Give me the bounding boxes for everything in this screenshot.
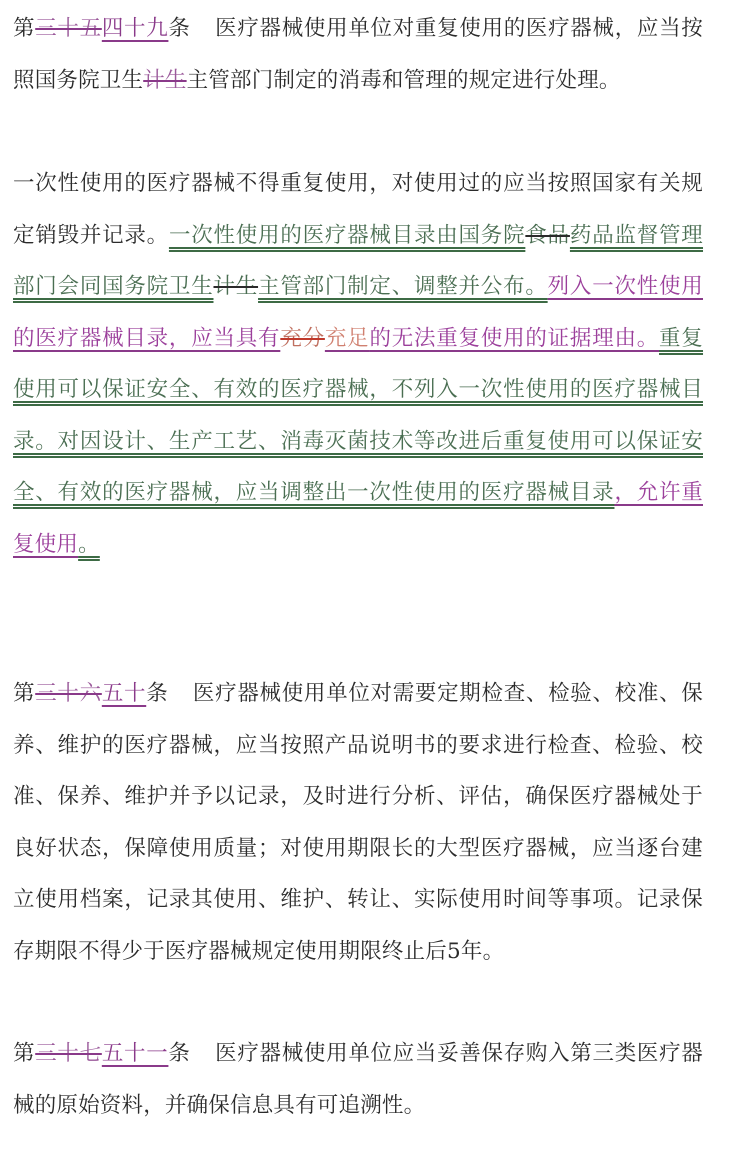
inserted-text: 的无法重复使用的证据理由。: [369, 326, 659, 351]
deleted-article-number: 三十六: [35, 681, 102, 706]
inserted-article-number: 五十: [102, 681, 146, 706]
deleted-article-number: 三十七: [35, 1041, 102, 1066]
paragraph-single-use: 一次性使用的医疗器械不得重复使用，对使用过的应当按照国家有关规定销毁并记录。一次…: [13, 158, 703, 570]
article-suffix: 条: [168, 16, 190, 41]
article-prefix: 第: [13, 1041, 35, 1066]
article-text: 医疗器械使用单位对需要定期检查、检验、校准、保养、维护的医疗器械，应当按照产品说…: [13, 681, 703, 964]
inserted-text: 主管部门制定、调整并公布。: [258, 274, 548, 299]
inserted-text: 重复使用可以保证安全、有效的医疗器械，不列入一次性使用的医疗器械目录。对因设计、…: [13, 326, 703, 506]
article-49: 第三十五四十九条医疗器械使用单位对重复使用的医疗器械，应当按照国务院卫生计生主管…: [13, 3, 703, 106]
inserted-text: 。: [78, 532, 100, 557]
article-suffix: 条: [168, 1041, 190, 1066]
article-50: 第三十六五十条医疗器械使用单位对需要定期检查、检验、校准、保养、维护的医疗器械，…: [13, 668, 703, 977]
article-prefix: 第: [13, 681, 35, 706]
deleted-text: 计生: [143, 68, 186, 93]
deleted-text: 计生: [213, 274, 258, 299]
deleted-text: 充分: [280, 326, 325, 351]
article-51: 第三十七五十一条医疗器械使用单位应当妥善保存购入第三类医疗器械的原始资料，并确保…: [13, 1028, 703, 1131]
inserted-text: 充足: [325, 326, 370, 351]
deleted-text: 食品: [525, 223, 570, 248]
inserted-article-number: 五十一: [102, 1041, 169, 1066]
inserted-article-number: 四十九: [102, 16, 169, 41]
article-suffix: 条: [146, 681, 168, 706]
article-prefix: 第: [13, 16, 35, 41]
inserted-text: 一次性使用的医疗器械目录由国务院: [169, 223, 525, 248]
article-text: 主管部门制定的消毒和管理的规定进行处理。: [187, 68, 621, 93]
deleted-article-number: 三十五: [35, 16, 102, 41]
